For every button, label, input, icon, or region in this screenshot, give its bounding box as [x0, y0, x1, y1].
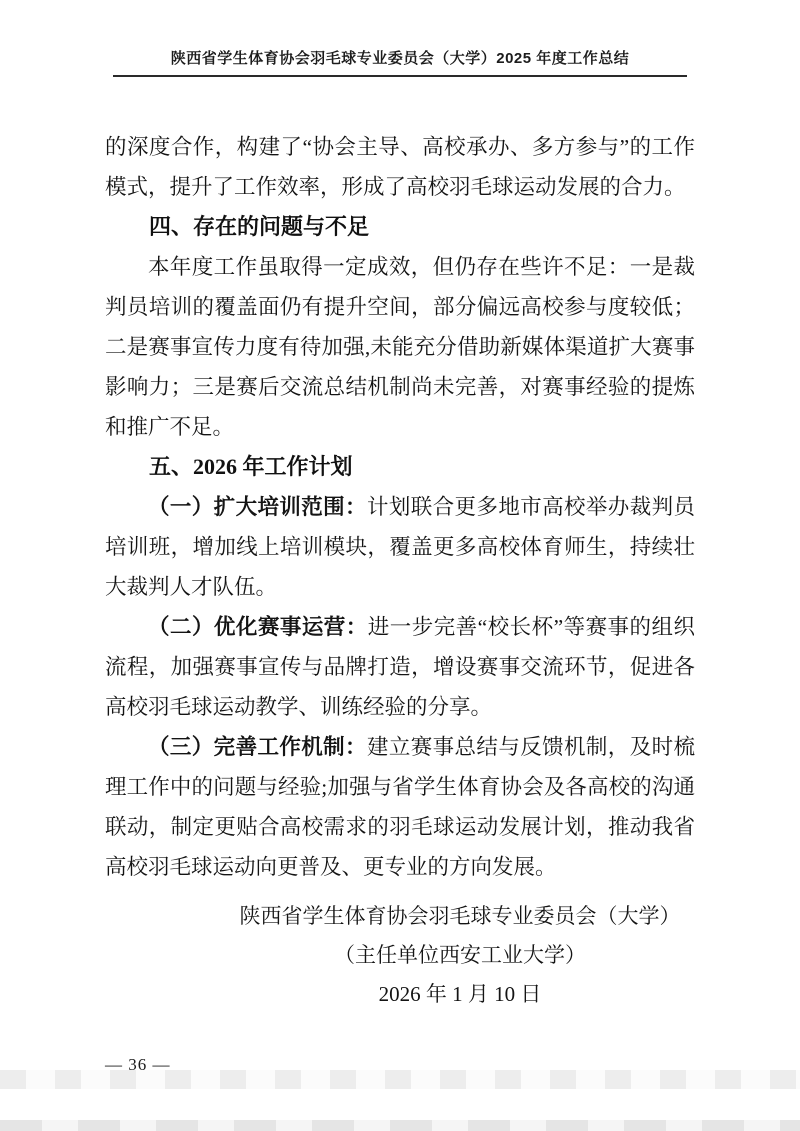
document-body: 的深度合作，构建了“协会主导、高校承办、多方参与”的工作模式，提升了工作效率，形… — [105, 127, 695, 1014]
signature-block: 陕西省学生体育协会羽毛球专业委员会（大学） （主任单位西安工业大学） 2026 … — [165, 897, 755, 1014]
plan-item-2: （二）优化赛事运营：进一步完善“校长杯”等赛事的组织流程，加强赛事宣传与品牌打造… — [105, 607, 695, 727]
signature-org: 陕西省学生体育协会羽毛球专业委员会（大学） — [165, 897, 755, 936]
signature-unit: （主任单位西安工业大学） — [165, 936, 755, 975]
page-number: — 36 — — [105, 1055, 171, 1074]
plan-item-1: （一）扩大培训范围：计划联合更多地市高校举办裁判员培训班，增加线上培训模块，覆盖… — [105, 487, 695, 607]
scan-artifact-bottom — [0, 1120, 800, 1131]
document-page: 陕西省学生体育协会羽毛球专业委员会（大学）2025 年度工作总结 的深度合作，构… — [0, 0, 800, 1131]
section-heading-plan: 五、2026 年工作计划 — [105, 447, 695, 487]
plan-item-3-label: （三）完善工作机制： — [148, 735, 367, 759]
plan-item-3: （三）完善工作机制：建立赛事总结与反馈机制，及时梳理工作中的问题与经验;加强与省… — [105, 727, 695, 887]
paragraph-continuation: 的深度合作，构建了“协会主导、高校承办、多方参与”的工作模式，提升了工作效率，形… — [105, 127, 695, 207]
header-title: 陕西省学生体育协会羽毛球专业委员会（大学）2025 年度工作总结 — [0, 48, 800, 70]
page-header: 陕西省学生体育协会羽毛球专业委员会（大学）2025 年度工作总结 — [0, 0, 800, 77]
plan-item-2-label: （二）优化赛事运营： — [148, 615, 368, 639]
page-footer: — 36 — — [105, 1055, 171, 1075]
section-heading-problems: 四、存在的问题与不足 — [105, 207, 695, 247]
signature-date: 2026 年 1 月 10 日 — [165, 975, 755, 1014]
paragraph-problems: 本年度工作虽取得一定成效，但仍存在些许不足：一是裁判员培训的覆盖面仍有提升空间，… — [105, 247, 695, 447]
plan-item-1-label: （一）扩大培训范围： — [148, 495, 367, 519]
header-divider — [113, 75, 687, 77]
